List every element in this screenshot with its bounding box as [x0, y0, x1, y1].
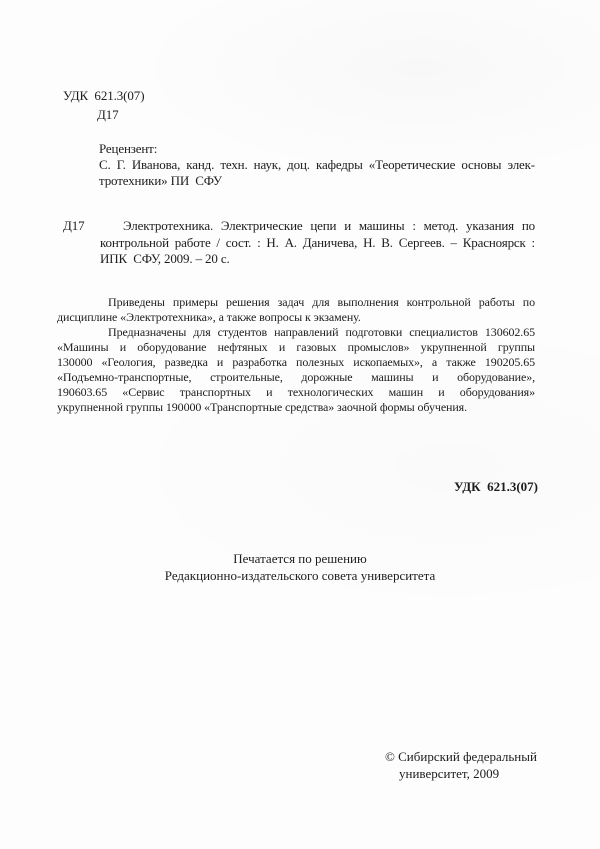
bib-line: контрольной работе / сост. : Н. А. Данич… — [100, 235, 535, 252]
annotation-line: «Машины и оборудование нефтяных и газовы… — [57, 340, 535, 355]
reviewer-block: Рецензент: С. Г. Иванова, канд. техн. на… — [99, 141, 535, 189]
annotation-line: Предназначены для студентов направлений … — [57, 325, 535, 340]
annotation-line: 190603.65 «Сервис транспортных и техноло… — [57, 385, 535, 400]
copyright-line: университет, 2009 — [385, 765, 537, 782]
annotation-line: 130000 «Геология, разведка и разработка … — [57, 355, 535, 370]
book-imprint-page: УДК 621.3(07) Д17 Рецензент: С. Г. Ивано… — [0, 0, 600, 849]
udc-number-top: УДК 621.3(07) — [63, 86, 144, 105]
annotation-line: Приведены примеры решения задач для выпо… — [57, 295, 535, 310]
udc-block-top: УДК 621.3(07) Д17 — [63, 86, 144, 124]
reviewer-line: тротехники» ПИ СФУ — [99, 173, 535, 189]
reviewer-line: С. Г. Иванова, канд. техн. наук, доц. ка… — [99, 157, 535, 173]
udc-number-bottom: УДК 621.3(07) — [100, 479, 538, 495]
annotation-line: укрупненной группы 190000 «Транспортные … — [57, 400, 535, 415]
bibliographic-entry: Д17 Электротехника. Электрические цепи и… — [100, 218, 535, 268]
annotation-line: «Подъемно-транспортные, строительные, до… — [57, 370, 535, 385]
bib-line: ИПК СФУ, 2009. – 20 с. — [100, 251, 535, 268]
publication-decision: Печатается по решению Редакционно-издате… — [0, 550, 600, 584]
copyright-notice: © Сибирский федеральный университет, 200… — [385, 748, 537, 782]
annotation-block: Приведены примеры решения задач для выпо… — [57, 295, 535, 415]
bib-line: Электротехника. Электрические цепи и маш… — [100, 218, 535, 235]
decision-line: Редакционно-издательского совета универс… — [0, 567, 600, 584]
bib-code: Д17 — [63, 218, 84, 235]
decision-line: Печатается по решению — [0, 550, 600, 567]
author-sign-code: Д17 — [63, 105, 144, 124]
reviewer-heading: Рецензент: — [99, 141, 535, 157]
copyright-line: © Сибирский федеральный — [385, 748, 537, 765]
annotation-line: дисциплине «Электротехника», а также воп… — [57, 310, 535, 325]
